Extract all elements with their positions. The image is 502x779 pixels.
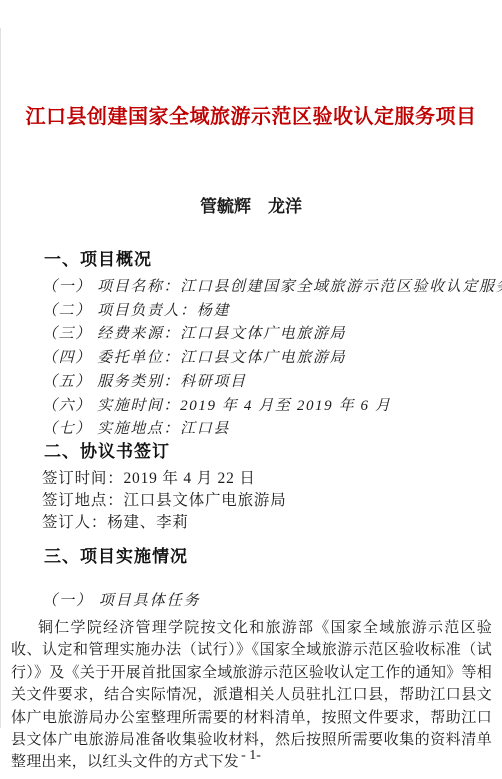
section-1-item-list: （一） 项目名称：江口县创建国家全域旅游示范区验收认定服务项目 （二） 项目负责… (42, 276, 494, 442)
document-page: 江口县创建国家全域旅游示范区验收认定服务项目 管毓辉 龙洋 一、项目概况 （一）… (0, 0, 502, 779)
doc-title: 江口县创建国家全域旅游示范区验收认定服务项目 (0, 100, 502, 129)
authors-line: 管毓辉 龙洋 (0, 192, 502, 217)
signers-line: 签订人：杨建、李莉 (42, 512, 287, 534)
list-item: （五） 服务类别：科研项目 (42, 371, 494, 395)
list-item: （四） 委托单位：江口县文体广电旅游局 (42, 347, 494, 371)
section-3-subheading: （一） 项目具体任务 (42, 589, 201, 610)
list-item: （一） 项目名称：江口县创建国家全域旅游示范区验收认定服务项目 (42, 276, 494, 300)
list-item: （二） 项目负责人：杨建 (42, 300, 494, 324)
section-2-lines: 签订时间：2019 年 4 月 22 日 签订地点：江口县文体广电旅游局 签订人… (42, 468, 287, 535)
section-1-heading: 一、项目概况 (44, 245, 152, 270)
page-number: - 1- (0, 748, 502, 764)
scan-edge-artifact (0, 28, 1, 728)
signing-time-line: 签订时间：2019 年 4 月 22 日 (42, 468, 287, 490)
section-3-heading: 三、项目实施情况 (44, 542, 188, 567)
section-2-heading: 二、协议书签订 (44, 437, 170, 462)
signing-place-line: 签订地点：江口县文体广电旅游局 (42, 490, 287, 512)
list-item: （六） 实施时间：2019 年 4 月至 2019 年 6 月 (42, 395, 494, 419)
list-item: （三） 经费来源：江口县文体广电旅游局 (42, 323, 494, 347)
